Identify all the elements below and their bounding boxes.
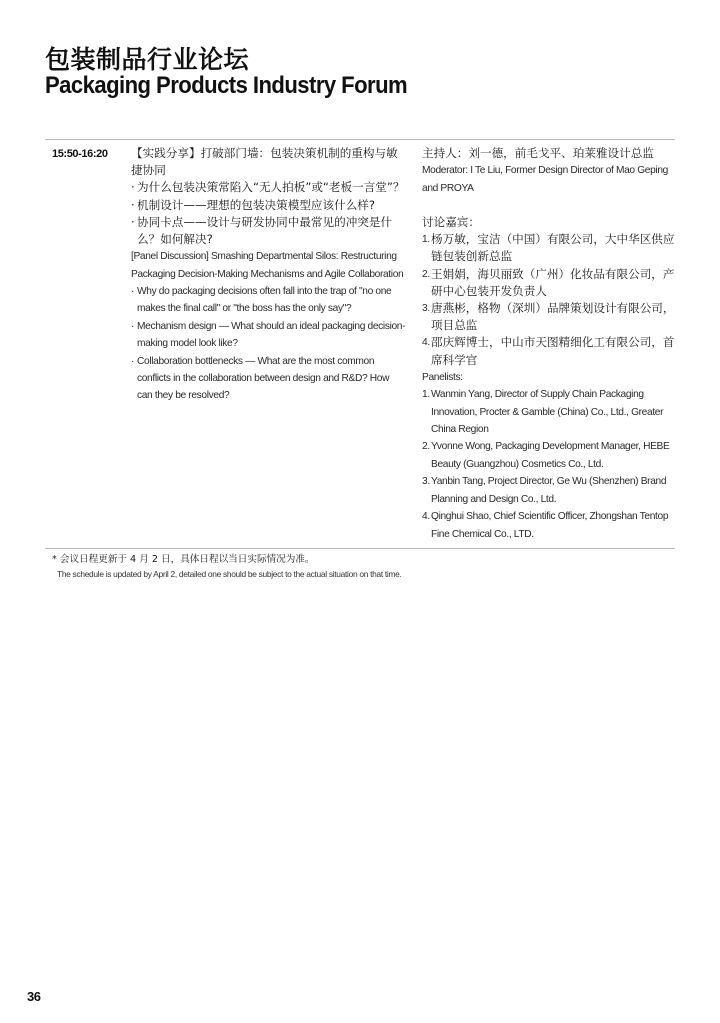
session-time: 15:50-16:20 [52,148,108,160]
panelist-zh: 2. 王娟娟，海贝丽致（广州）化妆品有限公司，产研中心包装开发负责人 [422,266,682,300]
topic-bullet-en: · Collaboration bottlenecks — What are t… [131,353,406,405]
footnote-zh: * 会议日程更新于 4 月 2 日，具体日程以当日实际情况为准。 [52,553,315,567]
session-topic: 【实践分享】打破部门墙：包装决策机制的重构与敏捷协同 · 为什么包装决策常陷入“… [131,145,406,405]
topic-title-en: [Panel Discussion] Smashing Departmental… [131,248,406,283]
topic-title-zh: 【实践分享】打破部门墙：包装决策机制的重构与敏捷协同 [131,145,406,179]
top-divider [45,139,675,140]
topic-bullet-zh: · 协同卡点——设计与研发协同中最常见的冲突是什么？如何解决? [131,214,406,248]
page-number: 36 [27,989,40,1004]
panelist-en: 2. Yvonne Wong, Packaging Development Ma… [422,438,682,473]
topic-bullet-zh: · 为什么包装决策常陷入“无人拍板”或“老板一言堂”？ [131,179,406,196]
panelist-en: 3. Yanbin Tang, Project Director, Ge Wu … [422,473,682,508]
moderator-zh: 主持人：刘一德，前毛戈平、珀莱雅设计总监 [422,145,682,162]
panelist-zh: 1. 杨万敏，宝洁（中国）有限公司，大中华区供应链包装创新总监 [422,231,682,265]
topic-bullet-en: · Why do packaging decisions often fall … [131,283,406,318]
bottom-divider [45,548,675,549]
moderator-en: Moderator: I Te Liu, Former Design Direc… [422,162,682,197]
footnote-en: The schedule is updated by April 2, deta… [57,569,402,579]
panelist-zh: 3. 唐燕彬，格物（深圳）品牌策划设计有限公司，项目总监 [422,300,682,334]
panelists-label-en: Panelists: [422,369,682,386]
panelist-zh: 4. 邵庆辉博士，中山市天图精细化工有限公司，首席科学官 [422,334,682,368]
page-title-zh: 包装制品行业论坛 [45,40,249,76]
topic-bullet-zh: · 机制设计——理想的包装决策模型应该什么样? [131,197,406,214]
page-title-en: Packaging Products Industry Forum [45,72,407,100]
panelists-label-zh: 讨论嘉宾： [422,214,682,231]
panelist-en: 4. Qinghui Shao, Chief Scientific Office… [422,508,682,543]
session-speakers: 主持人：刘一德，前毛戈平、珀莱雅设计总监 Moderator: I Te Liu… [422,145,682,543]
panelist-en: 1. Wanmin Yang, Director of Supply Chain… [422,386,682,438]
spacer [422,197,682,214]
topic-bullet-en: · Mechanism design — What should an idea… [131,318,406,353]
